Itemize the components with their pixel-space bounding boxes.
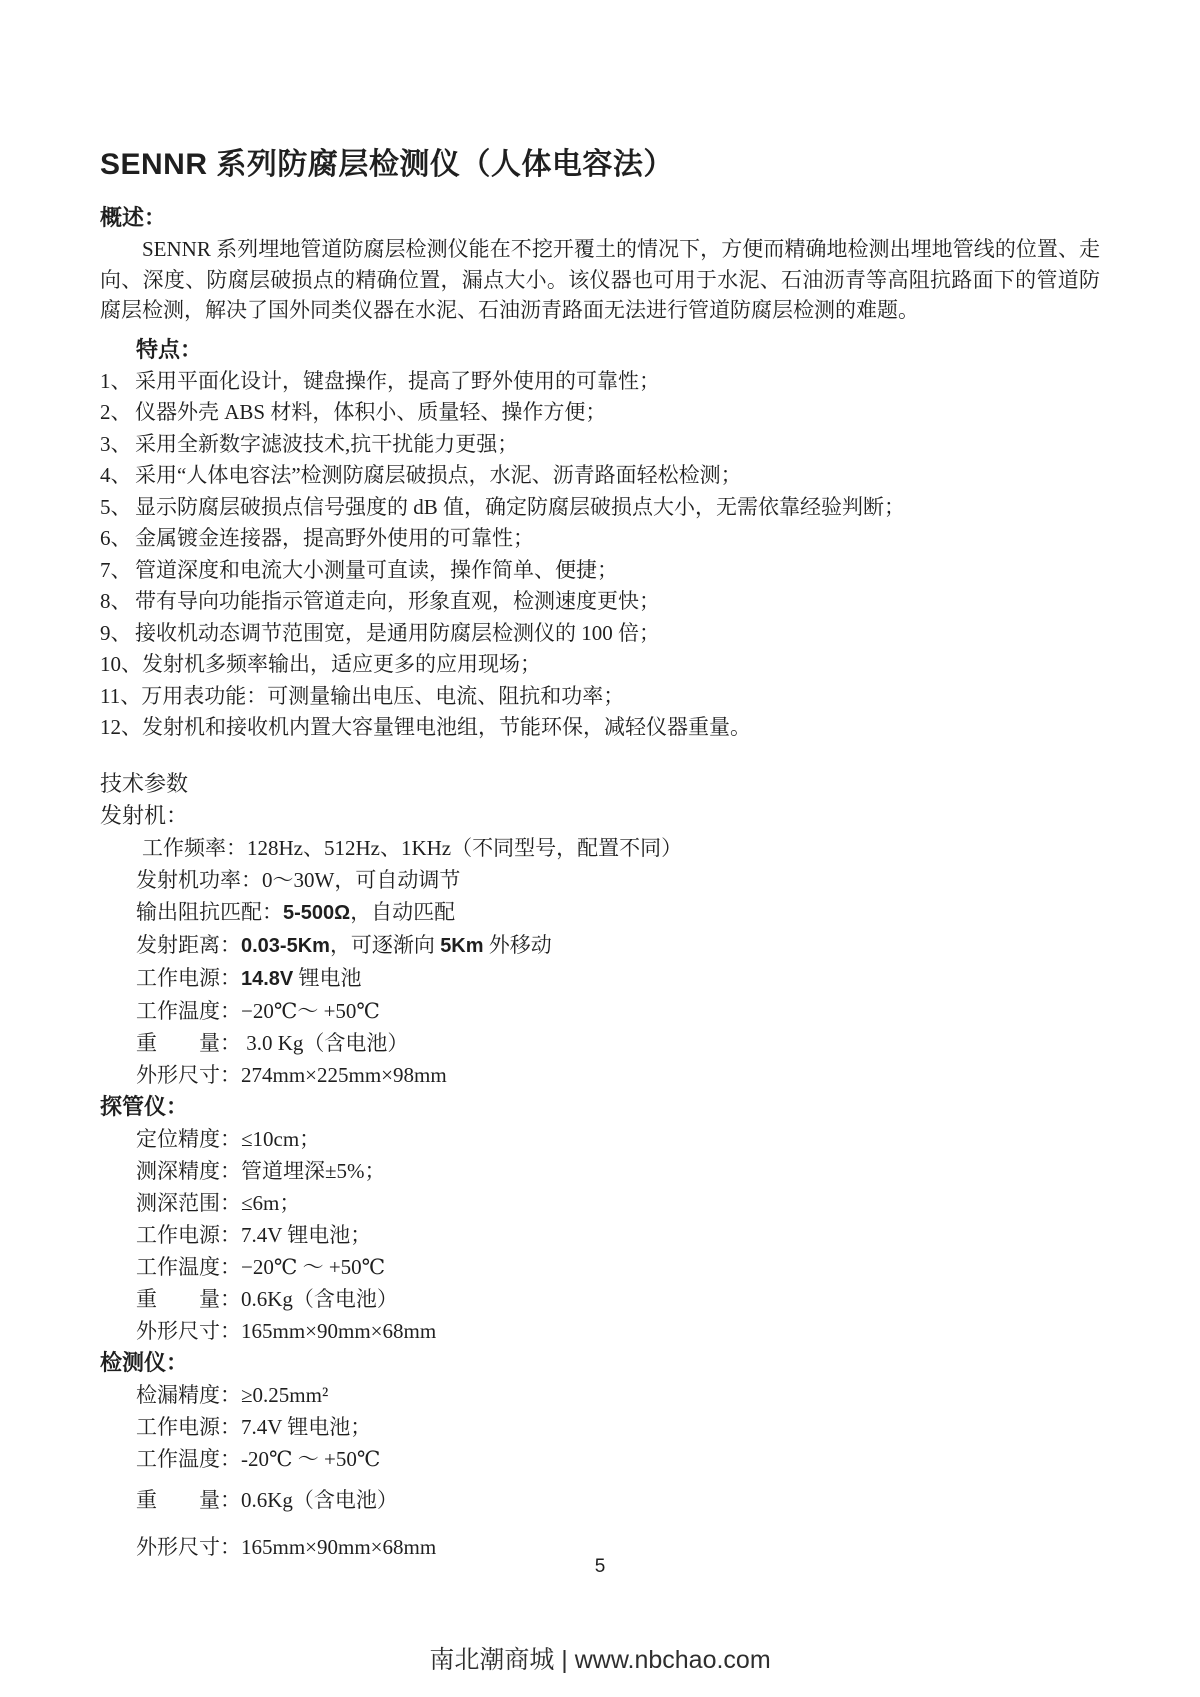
spec-line: 重 量：0.6Kg（含电池） [136,1484,1100,1516]
feature-number: 12、 [100,712,142,744]
spec-text: 外移动 [484,933,552,957]
feature-item: 7、管道深度和电流大小测量可直读，操作简单、便捷； [100,555,1100,587]
tech-groups: 发射机：工作频率：128Hz、512Hz、1KHz（不同型号，配置不同）发射机功… [100,800,1100,1563]
feature-number: 9、 [100,618,135,650]
feature-number: 2、 [100,397,135,429]
feature-number: 8、 [100,586,135,618]
spec-text: 工作电源：7.4V 锂电池； [136,1223,371,1247]
tech-group-heading: 发射机： [100,800,1100,832]
spec-text: 工作温度：−20℃ ～ +50℃ [136,1255,385,1279]
feature-text: 接收机动态调节范围宽，是通用防腐层检测仪的 100 倍； [135,618,1100,650]
spec-value-sans: 0.03-5Km [241,935,330,957]
document-page: SENNR 系列防腐层检测仪（人体电容法） 概述： SENNR 系列埋地管道防腐… [0,0,1200,1697]
spec-line: 定位精度：≤10cm； [136,1123,1100,1155]
feature-item: 8、带有导向功能指示管道走向，形象直观，检测速度更快； [100,586,1100,618]
spec-text: 重 量：0.6Kg（含电池） [136,1287,398,1311]
feature-number: 7、 [100,555,135,587]
spec-text: 工作温度：−20℃～ +50℃ [136,999,380,1023]
feature-text: 仪器外壳 ABS 材料，体积小、质量轻、操作方便； [135,397,1100,429]
spec-line: 发射距离：0.03-5Km，可逐渐向 5Km 外移动 [136,929,1100,962]
spec-text: 工作电源：7.4V 锂电池； [136,1415,371,1439]
spec-line: 工作电源：7.4V 锂电池； [136,1411,1100,1443]
feature-item: 4、采用“人体电容法”检测防腐层破损点，水泥、沥青路面轻松检测； [100,460,1100,492]
feature-item: 5、显示防腐层破损点信号强度的 dB 值，确定防腐层破损点大小，无需依靠经验判断… [100,492,1100,524]
feature-list: 1、采用平面化设计，键盘操作，提高了野外使用的可靠性；2、仪器外壳 ABS 材料… [100,366,1100,744]
spec-text: 重 量：0.6Kg（含电池） [136,1488,398,1512]
spec-text: 发射机功率：0～30W，可自动调节 [136,868,460,892]
feature-number: 10、 [100,649,142,681]
spec-line: 重 量： 3.0 Kg（含电池） [136,1027,1100,1059]
spec-text: 检漏精度：≥0.25mm² [136,1383,328,1407]
spec-text: 输出阻抗匹配： [136,900,283,924]
feature-item: 2、仪器外壳 ABS 材料，体积小、质量轻、操作方便； [100,397,1100,429]
spec-line: 外形尺寸：274mm×225mm×98mm [136,1059,1100,1091]
feature-text: 管道深度和电流大小测量可直读，操作简单、便捷； [135,555,1100,587]
tech-group-heading: 检测仪： [100,1347,1100,1379]
spec-line: 输出阻抗匹配：5-500Ω，自动匹配 [136,896,1100,929]
spec-text: 发射距离： [136,933,241,957]
spec-line: 发射机功率：0～30W，可自动调节 [136,864,1100,896]
spec-line: 工作温度：−20℃～ +50℃ [136,995,1100,1027]
feature-item: 3、采用全新数字滤波技术,抗干扰能力更强； [100,429,1100,461]
feature-number: 4、 [100,460,135,492]
feature-text: 采用平面化设计，键盘操作，提高了野外使用的可靠性； [135,366,1100,398]
feature-item: 10、发射机多频率输出，适应更多的应用现场； [100,649,1100,681]
feature-text: 金属镀金连接器，提高野外使用的可靠性； [135,523,1100,555]
tech-group-heading: 探管仪： [100,1091,1100,1123]
spec-line: 测深范围：≤6m； [136,1187,1100,1219]
feature-number: 3、 [100,429,135,461]
feature-text: 发射机多频率输出，适应更多的应用现场； [142,649,1100,681]
document-content: SENNR 系列防腐层检测仪（人体电容法） 概述： SENNR 系列埋地管道防腐… [100,146,1100,1563]
spec-text: 测深范围：≤6m； [136,1191,300,1215]
spec-text: 外形尺寸：165mm×90mm×68mm [136,1319,436,1343]
feature-text: 万用表功能：可测量输出电压、电流、阻抗和功率； [141,681,1100,713]
spec-text: 工作电源： [136,966,241,990]
spec-text: ，自动匹配 [350,900,455,924]
spec-text: 工作频率：128Hz、512Hz、1KHz（不同型号，配置不同） [142,836,682,860]
feature-text: 采用“人体电容法”检测防腐层破损点，水泥、沥青路面轻松检测； [135,460,1100,492]
spec-line: 工作温度：-20℃ ～ +50℃ [136,1443,1100,1475]
footer-text: 南北潮商城 | www.nbchao.com [0,1640,1200,1676]
spec-value-sans: 14.8V [241,968,293,990]
feature-item: 11、万用表功能：可测量输出电压、电流、阻抗和功率； [100,681,1100,713]
spec-text: 锂电池 [293,966,361,990]
feature-text: 发射机和接收机内置大容量锂电池组，节能环保，减轻仪器重量。 [142,712,1100,744]
spec-text: 外形尺寸：274mm×225mm×98mm [136,1063,447,1087]
feature-item: 9、接收机动态调节范围宽，是通用防腐层检测仪的 100 倍； [100,618,1100,650]
overview-heading: 概述： [100,202,1100,234]
spec-text: 测深精度：管道埋深±5%； [136,1159,386,1183]
spec-line: 工作频率：128Hz、512Hz、1KHz（不同型号，配置不同） [142,832,1100,864]
spec-line: 重 量：0.6Kg（含电池） [136,1283,1100,1315]
feature-number: 1、 [100,366,135,398]
feature-number: 6、 [100,523,135,555]
spec-value-sans: 5-500Ω [283,902,350,924]
spec-line: 工作电源：7.4V 锂电池； [136,1219,1100,1251]
spec-line: 工作温度：−20℃ ～ +50℃ [136,1251,1100,1283]
feature-number: 11、 [100,681,141,713]
features-heading: 特点： [136,334,1100,366]
page-number: 5 [0,1556,1200,1578]
spec-text: 工作温度：-20℃ ～ +50℃ [136,1447,380,1471]
feature-number: 5、 [100,492,135,524]
spec-text: 重 量： 3.0 Kg（含电池） [136,1031,408,1055]
spec-line: 检漏精度：≥0.25mm² [136,1379,1100,1411]
feature-item: 6、金属镀金连接器，提高野外使用的可靠性； [100,523,1100,555]
spec-text: 外形尺寸：165mm×90mm×68mm [136,1535,436,1559]
feature-text: 采用全新数字滤波技术,抗干扰能力更强； [135,429,1100,461]
spec-line: 外形尺寸：165mm×90mm×68mm [136,1315,1100,1347]
page-title: SENNR 系列防腐层检测仪（人体电容法） [100,146,1100,184]
overview-paragraph: SENNR 系列埋地管道防腐层检测仪能在不挖开覆土的情况下，方便而精确地检测出埋… [100,234,1100,326]
tech-params-heading: 技术参数 [100,768,1100,800]
feature-item: 1、采用平面化设计，键盘操作，提高了野外使用的可靠性； [100,366,1100,398]
spec-line: 工作电源：14.8V 锂电池 [136,962,1100,995]
feature-text: 显示防腐层破损点信号强度的 dB 值，确定防腐层破损点大小，无需依靠经验判断； [135,492,1100,524]
spec-line: 测深精度：管道埋深±5%； [136,1155,1100,1187]
feature-text: 带有导向功能指示管道走向，形象直观，检测速度更快； [135,586,1100,618]
spec-text: ，可逐渐向 [330,933,440,957]
spec-text: 定位精度：≤10cm； [136,1127,320,1151]
feature-item: 12、发射机和接收机内置大容量锂电池组，节能环保，减轻仪器重量。 [100,712,1100,744]
spec-value-sans: 5Km [440,935,483,957]
